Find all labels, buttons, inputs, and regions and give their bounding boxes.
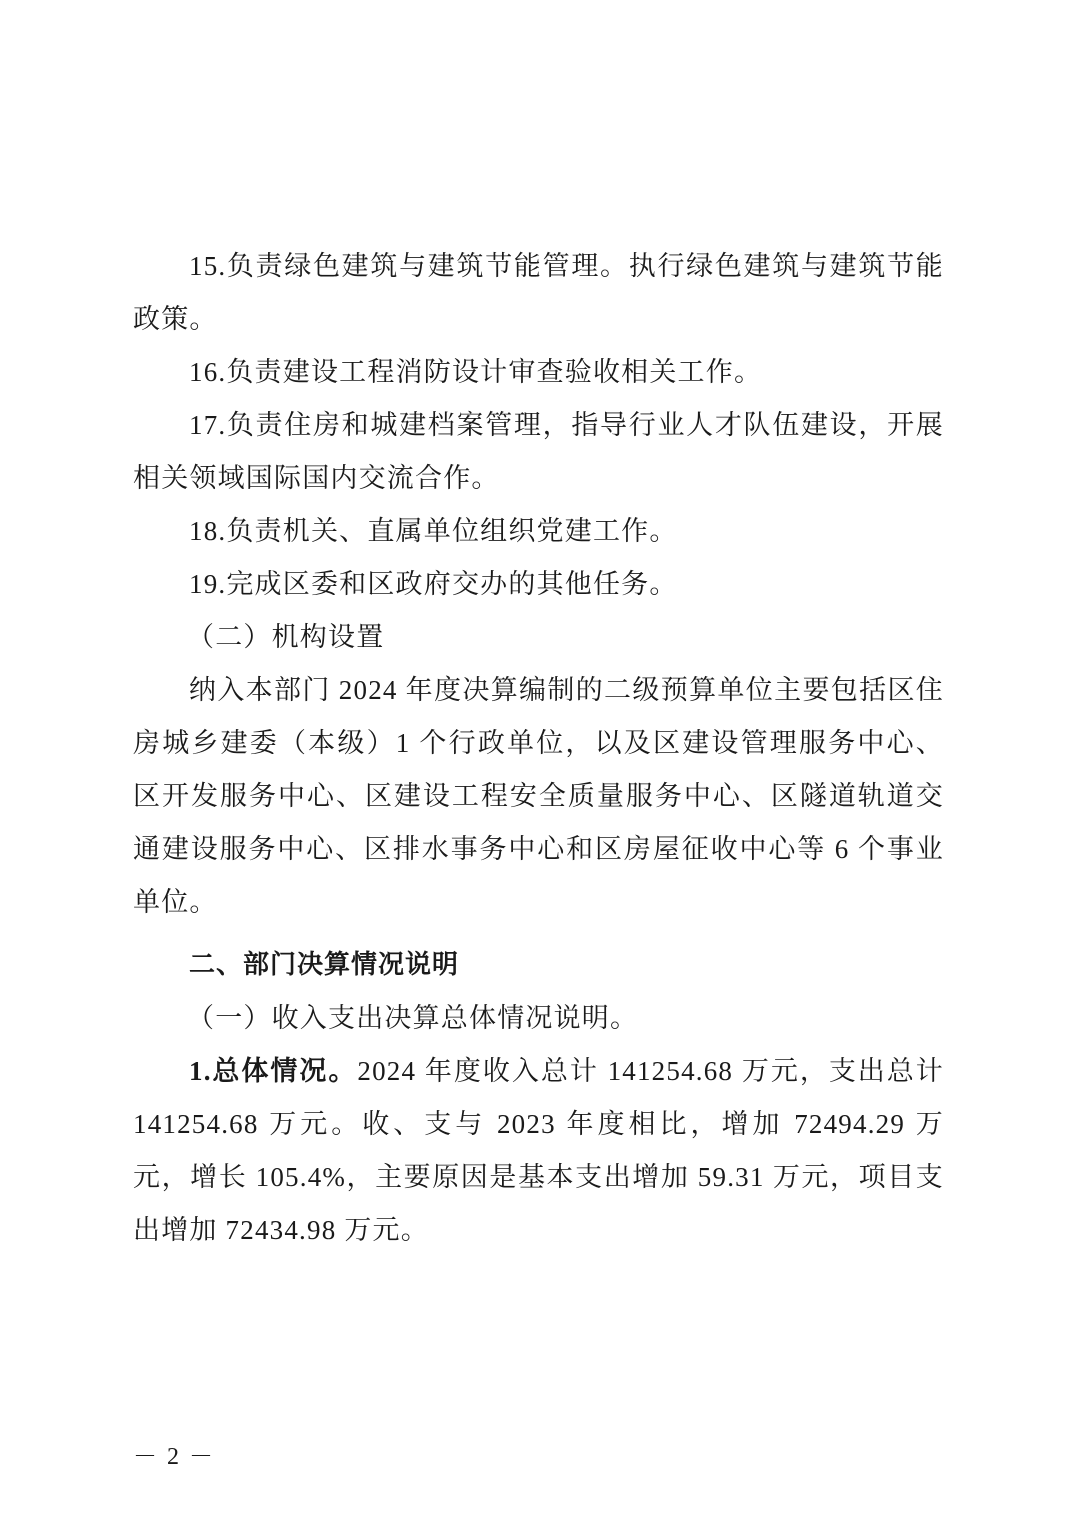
duty-item-19: 19.完成区委和区政府交办的其他任务。	[133, 558, 944, 611]
document-page: 15.负责绿色建筑与建筑节能管理。执行绿色建筑与建筑节能政策。 16.负责建设工…	[133, 240, 944, 1257]
duty-item-16: 16.负责建设工程消防设计审查验收相关工作。	[133, 346, 944, 399]
page-number: － 2 －	[133, 1436, 215, 1471]
overview-lead: 1.总体情况。	[189, 1056, 357, 1086]
overview-paragraph: 1.总体情况。2024 年度收入总计 141254.68 万元，支出总计 141…	[133, 1045, 944, 1257]
duty-item-18: 18.负责机关、直属单位组织党建工作。	[133, 505, 944, 558]
budget-subheading: （一）收入支出决算总体情况说明。	[133, 992, 944, 1045]
org-structure-heading: （二）机构设置	[133, 611, 944, 664]
duty-item-15: 15.负责绿色建筑与建筑节能管理。执行绿色建筑与建筑节能政策。	[133, 240, 944, 346]
org-structure-body: 纳入本部门 2024 年度决算编制的二级预算单位主要包括区住房城乡建委（本级）1…	[133, 664, 944, 929]
duty-item-17: 17.负责住房和城建档案管理，指导行业人才队伍建设，开展相关领域国际国内交流合作…	[133, 399, 944, 505]
budget-section-heading: 二、部门决算情况说明	[133, 939, 944, 992]
